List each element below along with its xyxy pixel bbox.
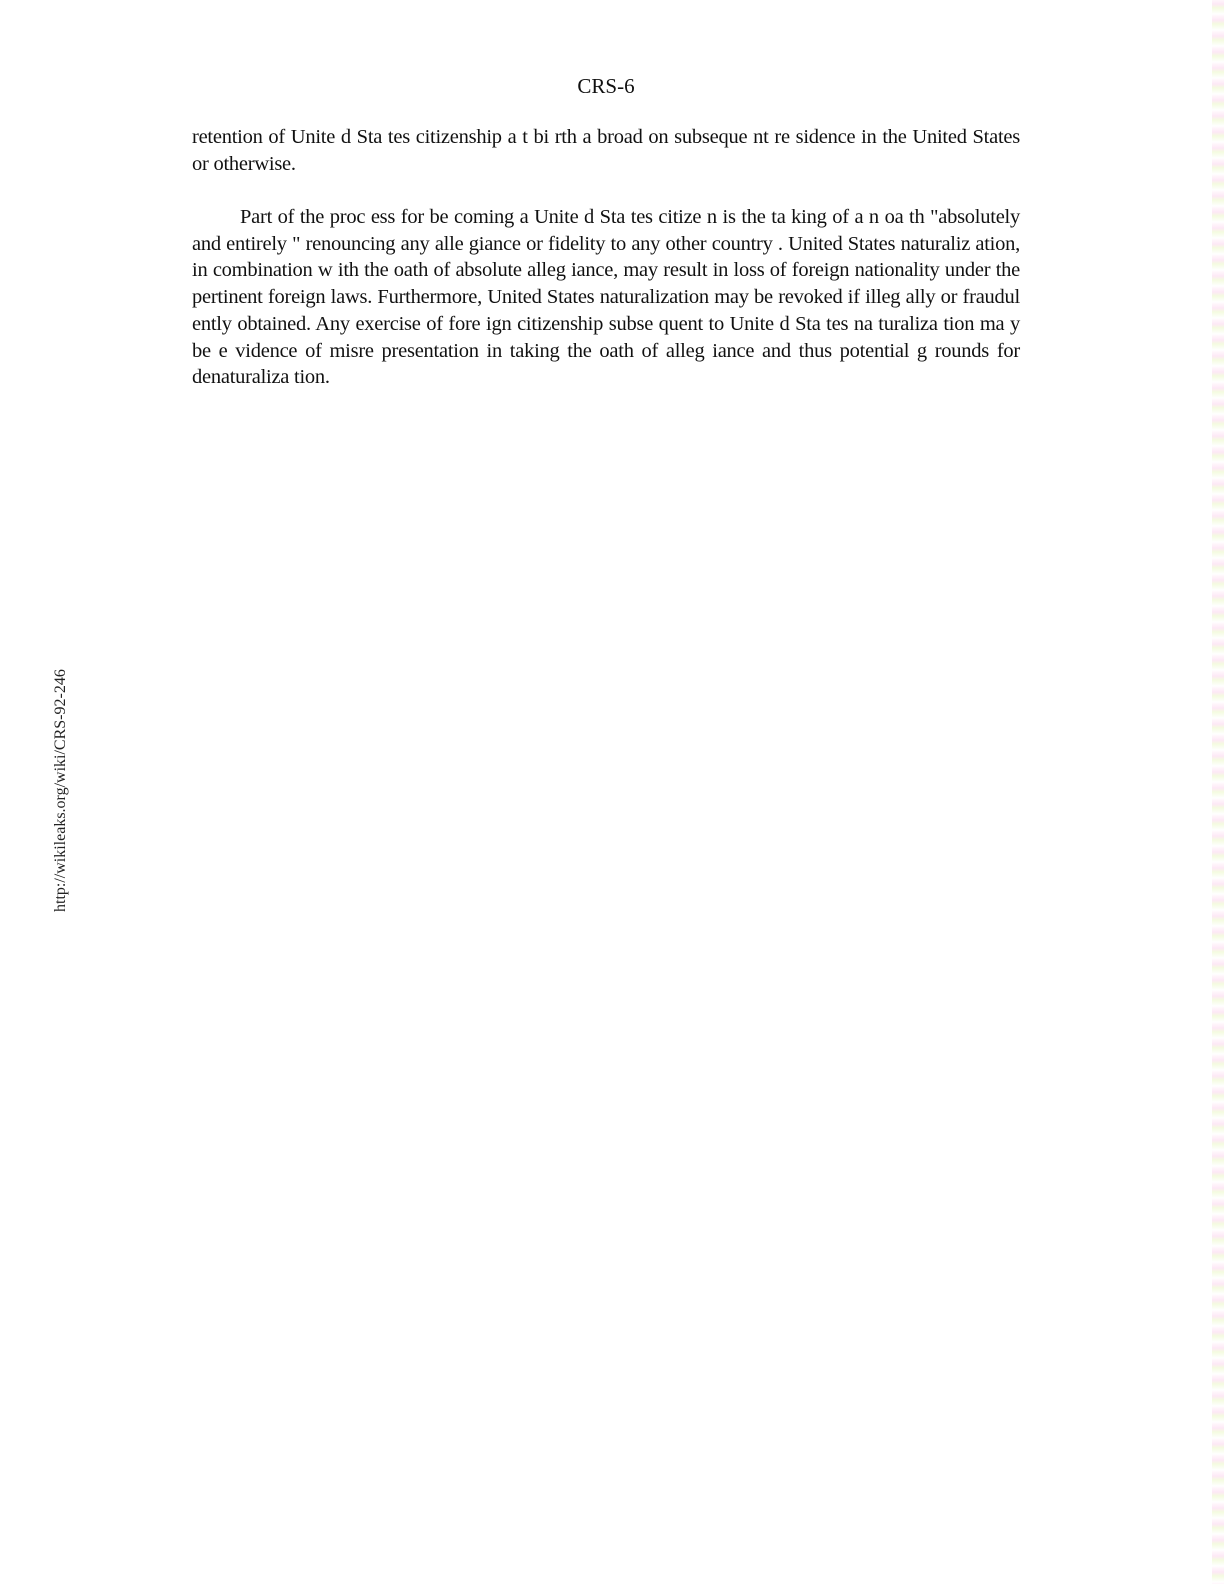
paragraph-text: retention of Unite d Sta tes citizenship… <box>192 126 1020 175</box>
side-watermark-url: http://wikileaks.org/wiki/CRS-92-246 <box>51 669 71 912</box>
scan-edge-artifact <box>1212 0 1224 1584</box>
paragraph-oath: Part of the proc ess for be coming a Uni… <box>192 204 1020 391</box>
page-number-header: CRS-6 <box>0 72 1212 100</box>
paragraph-continuation: retention of Unite d Sta tes citizenship… <box>192 124 1020 177</box>
paragraph-text: Part of the proc ess for be coming a Uni… <box>192 206 1020 388</box>
